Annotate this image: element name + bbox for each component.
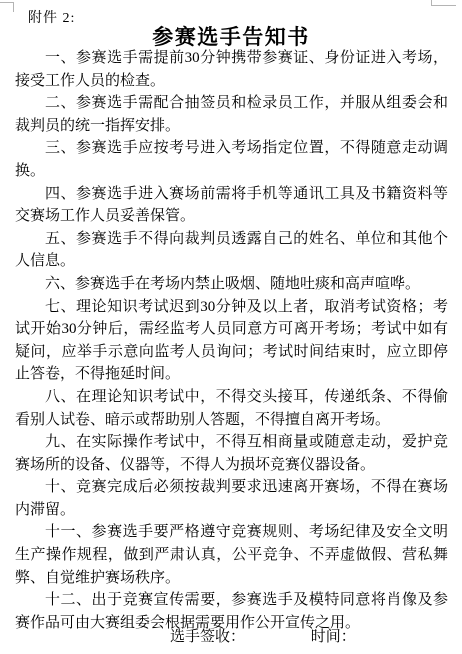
paragraph-3: 三、参赛选手应按考号进入考场指定位置，不得随意走动调换。 <box>15 137 448 182</box>
signature-time-label: 时间： <box>311 629 356 645</box>
paragraph-11: 十一、参赛选手要严格遵守竞赛规则、考场纪律及安全文明生产操作规程，做到严肃认真，… <box>15 521 448 589</box>
paragraph-7: 七、理论知识考试迟到30分钟及以上者，取消考试资格；考试开始30分钟后，需经监考… <box>15 296 448 386</box>
crop-mark-top-left-vertical <box>13 2 14 12</box>
paragraph-1: 一、参赛选手需提前30分钟携带参赛证、身份证进入考场，接受工作人员的检查。 <box>15 47 448 92</box>
paragraph-5: 五、参赛选手不得向裁判员透露自己的姓名、单位和其他个人信息。 <box>15 228 448 273</box>
document-page: 附件 2: 参赛选手告知书 一、参赛选手需提前30分钟携带参赛证、身份证进入考场… <box>0 0 462 654</box>
paragraph-2: 二、参赛选手需配合抽签员和检录员工作，并服从组委会和裁判员的统一指挥安排。 <box>15 92 448 137</box>
crop-mark-top-left-horizontal <box>0 2 14 3</box>
paragraph-8: 八、在理论知识考试中，不得交头接耳，传递纸条、不得偷看别人试卷、暗示或帮助别人答… <box>15 386 448 431</box>
paragraph-9: 九、在实际操作考试中，不得互相商量或随意走动，爱护竞赛场所的设备、仪器等，不得人… <box>15 431 448 476</box>
paragraph-6: 六、参赛选手在考场内禁止吸烟、随地吐痰和高声喧哗。 <box>15 273 448 296</box>
paragraph-10: 十、竞赛完成后必须按裁判要求迅速离开赛场，不得在赛场内滞留。 <box>15 476 448 521</box>
signature-sign-label: 选手签收： <box>170 629 245 645</box>
document-body: 一、参赛选手需提前30分钟携带参赛证、身份证进入考场，接受工作人员的检查。 二、… <box>15 47 448 634</box>
crop-mark-top-right-horizontal <box>431 5 456 6</box>
paragraph-4: 四、参赛选手进入赛场前需将手机等通讯工具及书籍资料等交赛场工作人员妥善保管。 <box>15 183 448 228</box>
signature-row: 选手签收： 时间： <box>0 626 462 648</box>
